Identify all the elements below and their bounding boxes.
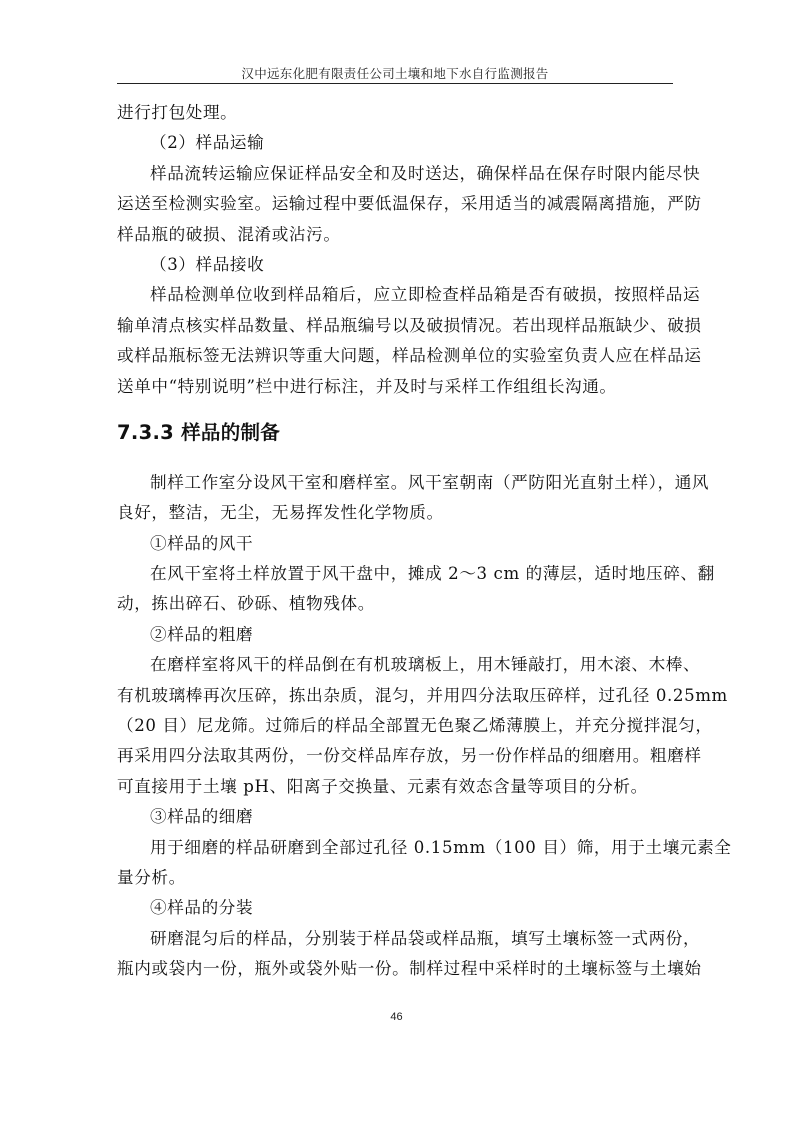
subsection-title: （3）样品接收 <box>117 250 673 280</box>
text-line: 再采用四分法取其两份，一份交样品库存放，另一份作样品的细磨用。粗磨样 <box>117 741 673 771</box>
page-number: 46 <box>0 1011 793 1023</box>
text-line: 样品流转运输应保证样品安全和及时送达，确保样品在保存时限内能尽快 <box>117 159 673 189</box>
page-header: 汉中远东化肥有限责任公司土壤和地下水自行监测报告 <box>117 60 673 84</box>
text-line: 或样品瓶标签无法辨识等重大问题，样品检测单位的实验室负责人应在样品运 <box>117 341 673 371</box>
text-line: 可直接用于土壤 pH、阳离子交换量、元素有效态含量等项目的分析。 <box>117 772 673 802</box>
paragraph-continuation: 进行打包处理。 <box>117 98 673 128</box>
text-line: 在风干室将土样放置于风干盘中，摊成 2～3 cm 的薄层，适时地压碎、翻 <box>117 559 673 589</box>
text-line: （20 目）尼龙筛。过筛后的样品全部置无色聚乙烯薄膜上，并充分搅拌混匀， <box>117 711 673 741</box>
section-heading: 7.3.3 样品的制备 <box>117 418 673 448</box>
page-content: 进行打包处理。 （2）样品运输 样品流转运输应保证样品安全和及时送达，确保样品在… <box>117 98 673 985</box>
subsection-receipt: （3）样品接收 样品检测单位收到样品箱后，应立即检查样品箱是否有破损，按照样品运… <box>117 250 673 402</box>
text-line: 送单中“特别说明”栏中进行标注，并及时与采样工作组组长沟通。 <box>117 372 673 402</box>
text-line: 量分析。 <box>117 863 673 893</box>
step-packaging: ④样品的分装 研磨混匀后的样品，分别装于样品袋或样品瓶，填写土壤标签一式两份， … <box>117 893 673 984</box>
text-line: 良好，整洁，无尘，无易挥发性化学物质。 <box>117 498 673 528</box>
subsection-title: （2）样品运输 <box>117 128 673 158</box>
text-line: 样品检测单位收到样品箱后，应立即检查样品箱是否有破损，按照样品运 <box>117 280 673 310</box>
step-title: ①样品的风干 <box>117 529 673 559</box>
step-coarse-grinding: ②样品的粗磨 在磨样室将风干的样品倒在有机玻璃板上，用木锤敲打，用木滚、木棒、 … <box>117 620 673 802</box>
text-line: 用于细磨的样品研磨到全部过孔径 0.15mm（100 目）筛，用于土壤元素全 <box>117 833 673 863</box>
step-title: ②样品的粗磨 <box>117 620 673 650</box>
subsection-transport: （2）样品运输 样品流转运输应保证样品安全和及时送达，确保样品在保存时限内能尽快… <box>117 128 673 250</box>
text-line: 在磨样室将风干的样品倒在有机玻璃板上，用木锤敲打，用木滚、木棒、 <box>117 650 673 680</box>
text-line: 运送至检测实验室。运输过程中要低温保存，采用适当的减震隔离措施，严防 <box>117 189 673 219</box>
text-line: 进行打包处理。 <box>117 98 673 128</box>
text-line: 瓶内或袋内一份，瓶外或袋外贴一份。制样过程中采样时的土壤标签与土壤始 <box>117 954 673 984</box>
text-line: 有机玻璃棒再次压碎，拣出杂质，混匀，并用四分法取压碎样，过孔径 0.25mm <box>117 681 673 711</box>
step-air-drying: ①样品的风干 在风干室将土样放置于风干盘中，摊成 2～3 cm 的薄层，适时地压… <box>117 529 673 620</box>
step-title: ③样品的细磨 <box>117 802 673 832</box>
text-line: 动，拣出碎石、砂砾、植物残体。 <box>117 589 673 619</box>
text-line: 研磨混匀后的样品，分别装于样品袋或样品瓶，填写土壤标签一式两份， <box>117 924 673 954</box>
step-title: ④样品的分装 <box>117 893 673 923</box>
step-fine-grinding: ③样品的细磨 用于细磨的样品研磨到全部过孔径 0.15mm（100 目）筛，用于… <box>117 802 673 893</box>
header-title: 汉中远东化肥有限责任公司土壤和地下水自行监测报告 <box>117 64 673 82</box>
text-line: 制样工作室分设风干室和磨样室。风干室朝南（严防阳光直射土样），通风 <box>117 468 673 498</box>
text-line: 样品瓶的破损、混淆或沾污。 <box>117 220 673 250</box>
text-line: 输单清点核实样品数量、样品瓶编号以及破损情况。若出现样品瓶缺少、破损 <box>117 311 673 341</box>
section-intro: 制样工作室分设风干室和磨样室。风干室朝南（严防阳光直射土样），通风 良好，整洁，… <box>117 468 673 529</box>
